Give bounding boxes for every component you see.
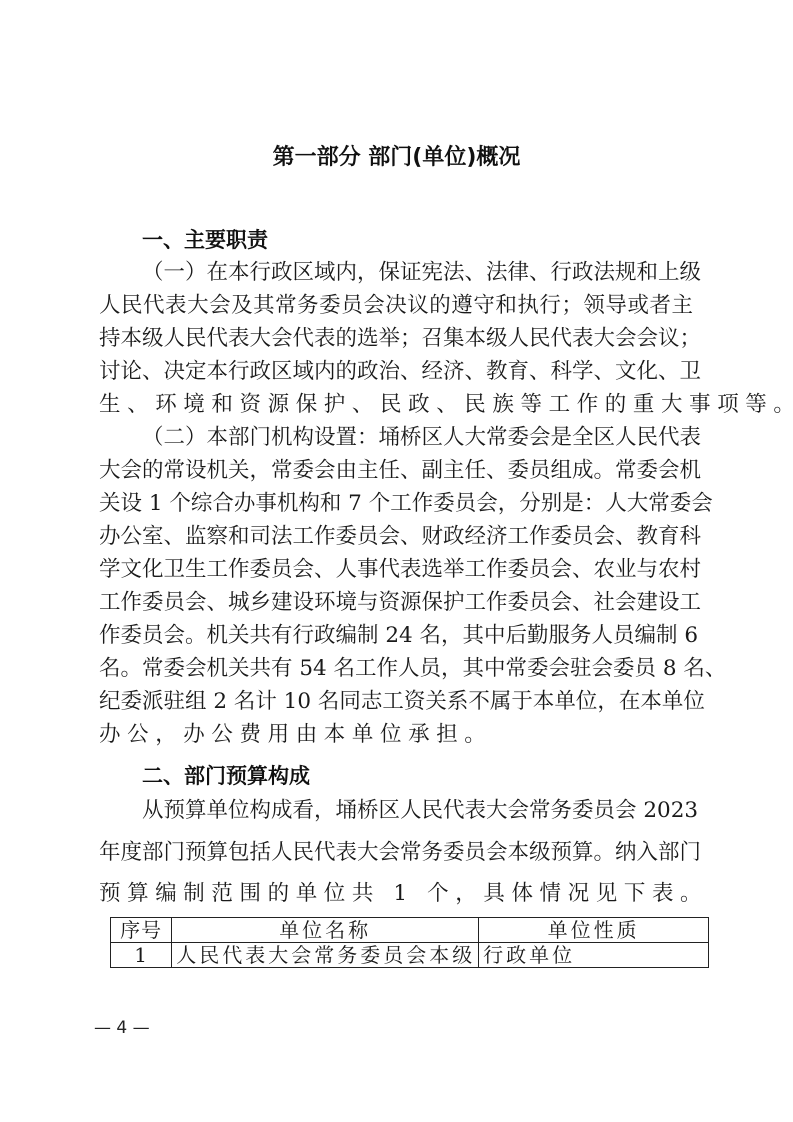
paragraph-line: 工作委员会、城乡建设环境与资源保护工作委员会、社会建设工: [99, 586, 693, 619]
paragraph-line: 办公，办公费用由本单位承担。: [99, 718, 693, 751]
table-header-row: 序号 单位名称 单位性质: [111, 918, 709, 943]
paragraph-line: 从预算单位构成看，埇桥区人民代表大会常务委员会 2023: [142, 794, 693, 827]
page-title: 第一部分 部门(单位)概况: [0, 140, 793, 176]
table-row: 1 人民代表大会常务委员会本级 行政单位: [111, 943, 709, 968]
paragraph-line: 作委员会。机关共有行政编制 24 名，其中后勤服务人员编制 6: [99, 619, 693, 652]
paragraph-line: 人民代表大会及其常务委员会决议的遵守和执行；领导或者主: [99, 289, 693, 322]
paragraph-line: 大会的常设机关，常委会由主任、副主任、委员组成。常委会机: [99, 454, 693, 487]
table-header-cell-index: 序号: [111, 918, 172, 943]
table-header-cell-unit-name: 单位名称: [172, 918, 479, 943]
paragraph-line: 纪委派驻组 2 名计 10 名同志工资关系不属于本单位，在本单位: [99, 685, 693, 718]
paragraph-line: 持本级人民代表大会代表的选举；召集本级人民代表大会会议；: [99, 322, 693, 355]
table-cell-unit-name: 人民代表大会常务委员会本级: [172, 943, 479, 968]
budget-units-table: 序号 单位名称 单位性质 1 人民代表大会常务委员会本级 行政单位: [110, 917, 709, 968]
table-header-cell-unit-type: 单位性质: [479, 918, 709, 943]
paragraph-line: 学文化卫生工作委员会、人事代表选举工作委员会、农业与农村: [99, 553, 693, 586]
paragraph-line: 生、环境和资源保护、民政、民族等工作的重大事项等。: [99, 388, 693, 421]
section-heading-budget-composition: 二、部门预算构成: [142, 760, 310, 792]
paragraph-line: 办公室、监察和司法工作委员会、财政经济工作委员会、教育科: [99, 520, 693, 553]
paragraph-line: 讨论、决定本行政区域内的政治、经济、教育、科学、文化、卫: [99, 355, 693, 388]
page-number: — 4 —: [94, 1018, 150, 1038]
section-heading-main-duties: 一、主要职责: [142, 224, 268, 256]
paragraph-line: 名。常委会机关共有 54 名工作人员，其中常委会驻会委员 8 名、: [99, 652, 693, 685]
document-page: 第一部分 部门(单位)概况 一、主要职责 （一）在本行政区域内，保证宪法、法律、…: [0, 0, 793, 1122]
table-cell-index: 1: [111, 943, 172, 968]
paragraph-line: （二）本部门机构设置：埇桥区人大常委会是全区人民代表: [142, 421, 693, 454]
table-cell-unit-type: 行政单位: [479, 943, 709, 968]
paragraph-line: 预算编制范围的单位共 1 个，具体情况见下表。: [99, 877, 693, 910]
paragraph-line: （一）在本行政区域内，保证宪法、法律、行政法规和上级: [142, 256, 693, 289]
paragraph-line: 年度部门预算包括人民代表大会常务委员会本级预算。纳入部门: [99, 836, 693, 869]
paragraph-line: 关设 1 个综合办事机构和 7 个工作委员会，分别是：人大常委会: [99, 487, 693, 520]
